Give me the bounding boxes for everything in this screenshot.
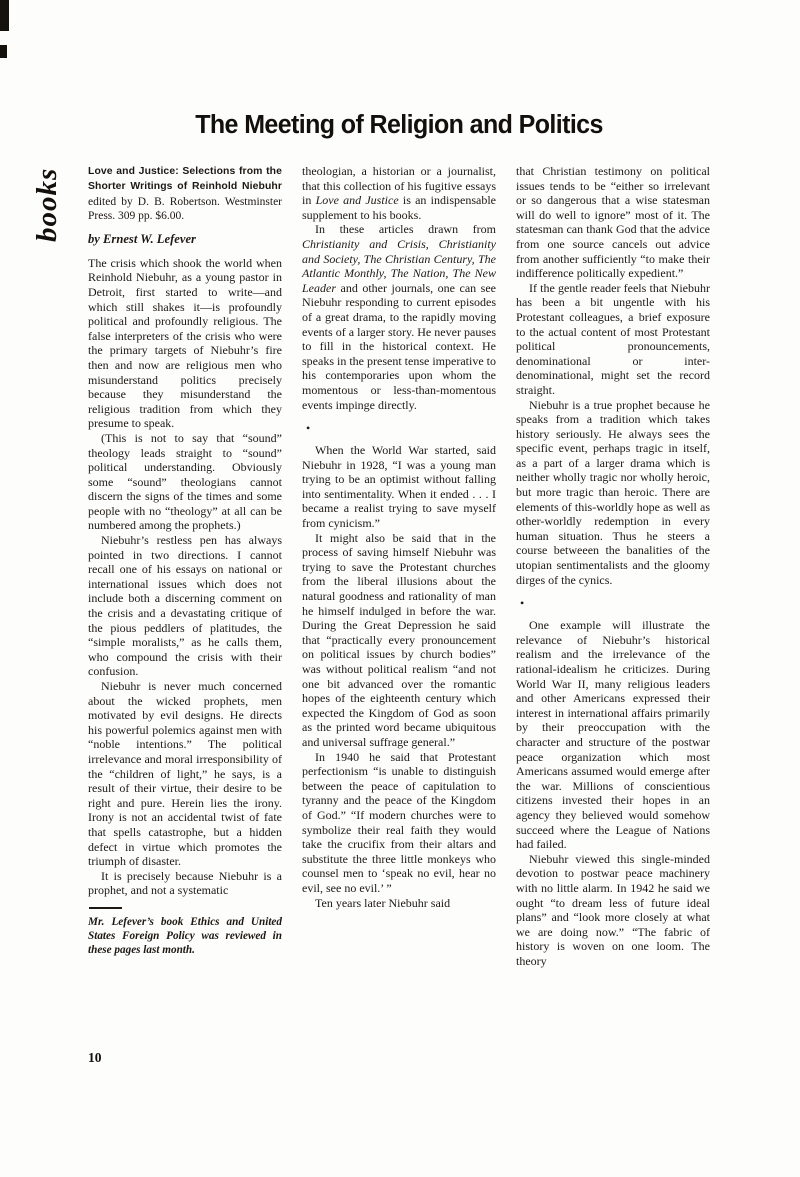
paragraph: It might also be said that in the proces… [302, 531, 496, 750]
paragraph: Ten years later Niebuhr said [302, 896, 496, 911]
paragraph: When the World War started, said Niebuhr… [302, 443, 496, 531]
section-separator-bullet: • [306, 423, 496, 433]
scan-artifact-mark [0, 45, 7, 58]
paragraph: One example will illustrate the relevanc… [516, 618, 710, 852]
paragraph: Niebuhr is never much concerned about th… [88, 679, 282, 869]
paragraph: Niebuhr’s restless pen has always pointe… [88, 533, 282, 679]
section-label-books: books [33, 136, 62, 242]
byline: by Ernest W. Lefever [88, 232, 282, 247]
paragraph: theologian, a historian or a journalist,… [302, 164, 496, 222]
article-title: The Meeting of Religion and Politics [88, 110, 710, 140]
page-number: 10 [88, 1050, 102, 1066]
scan-artifact-mark [0, 0, 9, 31]
paragraph: It is precisely because Niebuhr is a pro… [88, 869, 282, 898]
section-separator-bullet: • [520, 598, 710, 608]
paragraph: (This is not to say that “sound” theolog… [88, 431, 282, 533]
footnote-rule [89, 907, 122, 909]
text-column-2: theologian, a historian or a journalist,… [302, 164, 496, 910]
paragraph: In these articles drawn from Christianit… [302, 222, 496, 412]
paragraph: The crisis which shook the world when Re… [88, 256, 282, 431]
paragraph: If the gentle reader feels that Niebuhr … [516, 281, 710, 398]
book-citation: Love and Justice: Selections from the Sh… [88, 164, 282, 223]
footnote: Mr. Lefever’s book Ethics and United Sta… [88, 916, 282, 957]
paragraph: In 1940 he said that Protestant perfecti… [302, 750, 496, 896]
paragraph: Niebuhr viewed this single-minded devoti… [516, 852, 710, 969]
magazine-page: The Meeting of Religion and Politics boo… [0, 0, 800, 1177]
paragraph: that Christian testimony on political is… [516, 164, 710, 281]
text-column-1: Love and Justice: Selections from the Sh… [88, 164, 282, 957]
text-column-3: that Christian testimony on political is… [516, 164, 710, 968]
paragraph: Niebuhr is a true prophet because he spe… [516, 398, 710, 588]
